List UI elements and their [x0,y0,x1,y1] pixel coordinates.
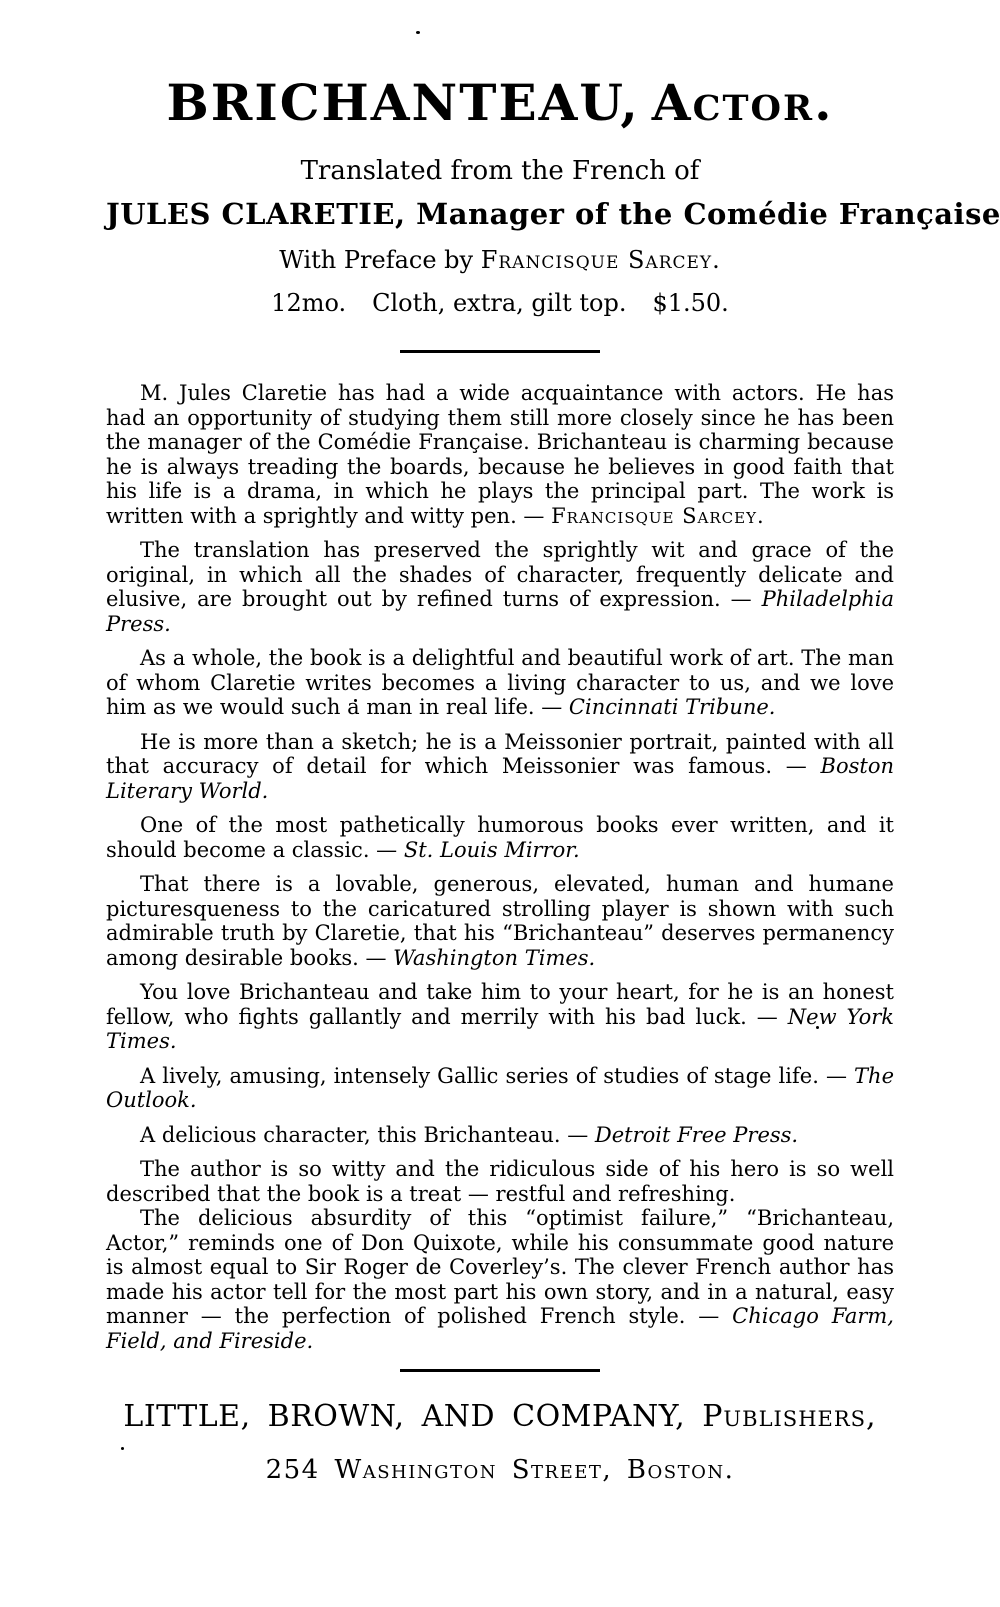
book-title: BRICHANTEAU,Actor. [106,72,894,134]
scanned-book-page: BRICHANTEAU,Actor. Translated from the F… [0,0,1000,1607]
quote-attribution: Washington Times. [393,946,595,970]
publishers-label: Publishers, [702,1399,876,1434]
attribution-dash: — [721,587,762,611]
preface-line: With Preface by Francisque Sarcey. [106,246,894,274]
quote-text: M. Jules Claretie has had a wide acquain… [106,381,894,528]
review-quote: As a whole, the book is a delightful and… [106,646,894,720]
quote-text: As a whole, the book is a delightful and… [106,646,894,719]
translated-from-line: Translated from the French of [106,156,894,186]
review-quote: You love Brichanteau and take him to you… [106,980,894,1054]
publisher-name-line: LITTLE, BROWN, AND COMPANY, Publishers, [106,1398,894,1436]
attribution-dash: — [819,1064,854,1088]
scan-speck [121,1447,124,1450]
review-quote: He is more than a sketch; he is a Meisso… [106,730,894,804]
quote-attribution: St. Louis Mirror. [404,838,580,862]
preface-author-name: Francisque Sarcey. [481,246,721,274]
publisher-address: 254 Washington Street, Boston. [106,1454,894,1486]
edition-price: $1.50. [652,289,728,317]
attribution-dash: — [772,754,821,778]
edition-line: 12mo.Cloth, extra, gilt top.$1.50. [106,289,894,317]
quote-text: A lively, amusing, intensely Gallic seri… [140,1064,819,1088]
review-quote: That there is a lovable, generous, eleva… [106,872,894,970]
author-line: JULES CLARETIE, Manager of the Comédie F… [106,196,894,232]
edition-binding: Cloth, extra, gilt top. [372,289,626,317]
header-divider-rule [400,350,600,353]
quote-attribution: Francisque Sarcey. [551,504,765,528]
preface-prefix: With Preface by [279,246,481,274]
attribution-dash: — [517,504,551,528]
review-quote: A delicious character, this Brichanteau.… [106,1123,894,1148]
review-quote: The author is so witty and the ridiculou… [106,1157,894,1206]
attribution-dash: — [359,946,393,970]
review-quote: A lively, amusing, intensely Gallic seri… [106,1064,894,1113]
book-title-actor: Actor. [652,73,834,132]
attribution-dash: — [747,1005,788,1029]
publisher-name: LITTLE, BROWN, AND COMPANY, [123,1399,702,1434]
quote-attribution: Detroit Free Press. [595,1123,798,1147]
review-quote: The translation has preserved the sprigh… [106,538,894,636]
scan-speck [416,31,420,34]
press-reviews: M. Jules Claretie has had a wide acquain… [106,381,894,1353]
book-title-main: BRICHANTEAU, [167,73,640,132]
quote-text: The author is so witty and the ridiculou… [106,1157,894,1206]
quote-text: A delicious character, this Brichanteau. [140,1123,561,1147]
edition-format: 12mo. [271,289,346,317]
attribution-dash: — [535,695,569,719]
attribution-dash: — [685,1304,732,1328]
scan-speck [354,699,357,702]
quote-attribution: Cincinnati Tribune. [569,695,776,719]
scan-speck [816,1026,819,1029]
review-quote: One of the most pathetically humorous bo… [106,813,894,862]
page-content: BRICHANTEAU,Actor. Translated from the F… [106,0,894,1486]
attribution-dash: — [561,1123,595,1147]
review-quote: The delicious absurdity of this “optimis… [106,1206,894,1353]
footer-divider-rule [400,1369,600,1372]
attribution-dash: — [370,838,404,862]
review-quote: M. Jules Claretie has had a wide acquain… [106,381,894,528]
